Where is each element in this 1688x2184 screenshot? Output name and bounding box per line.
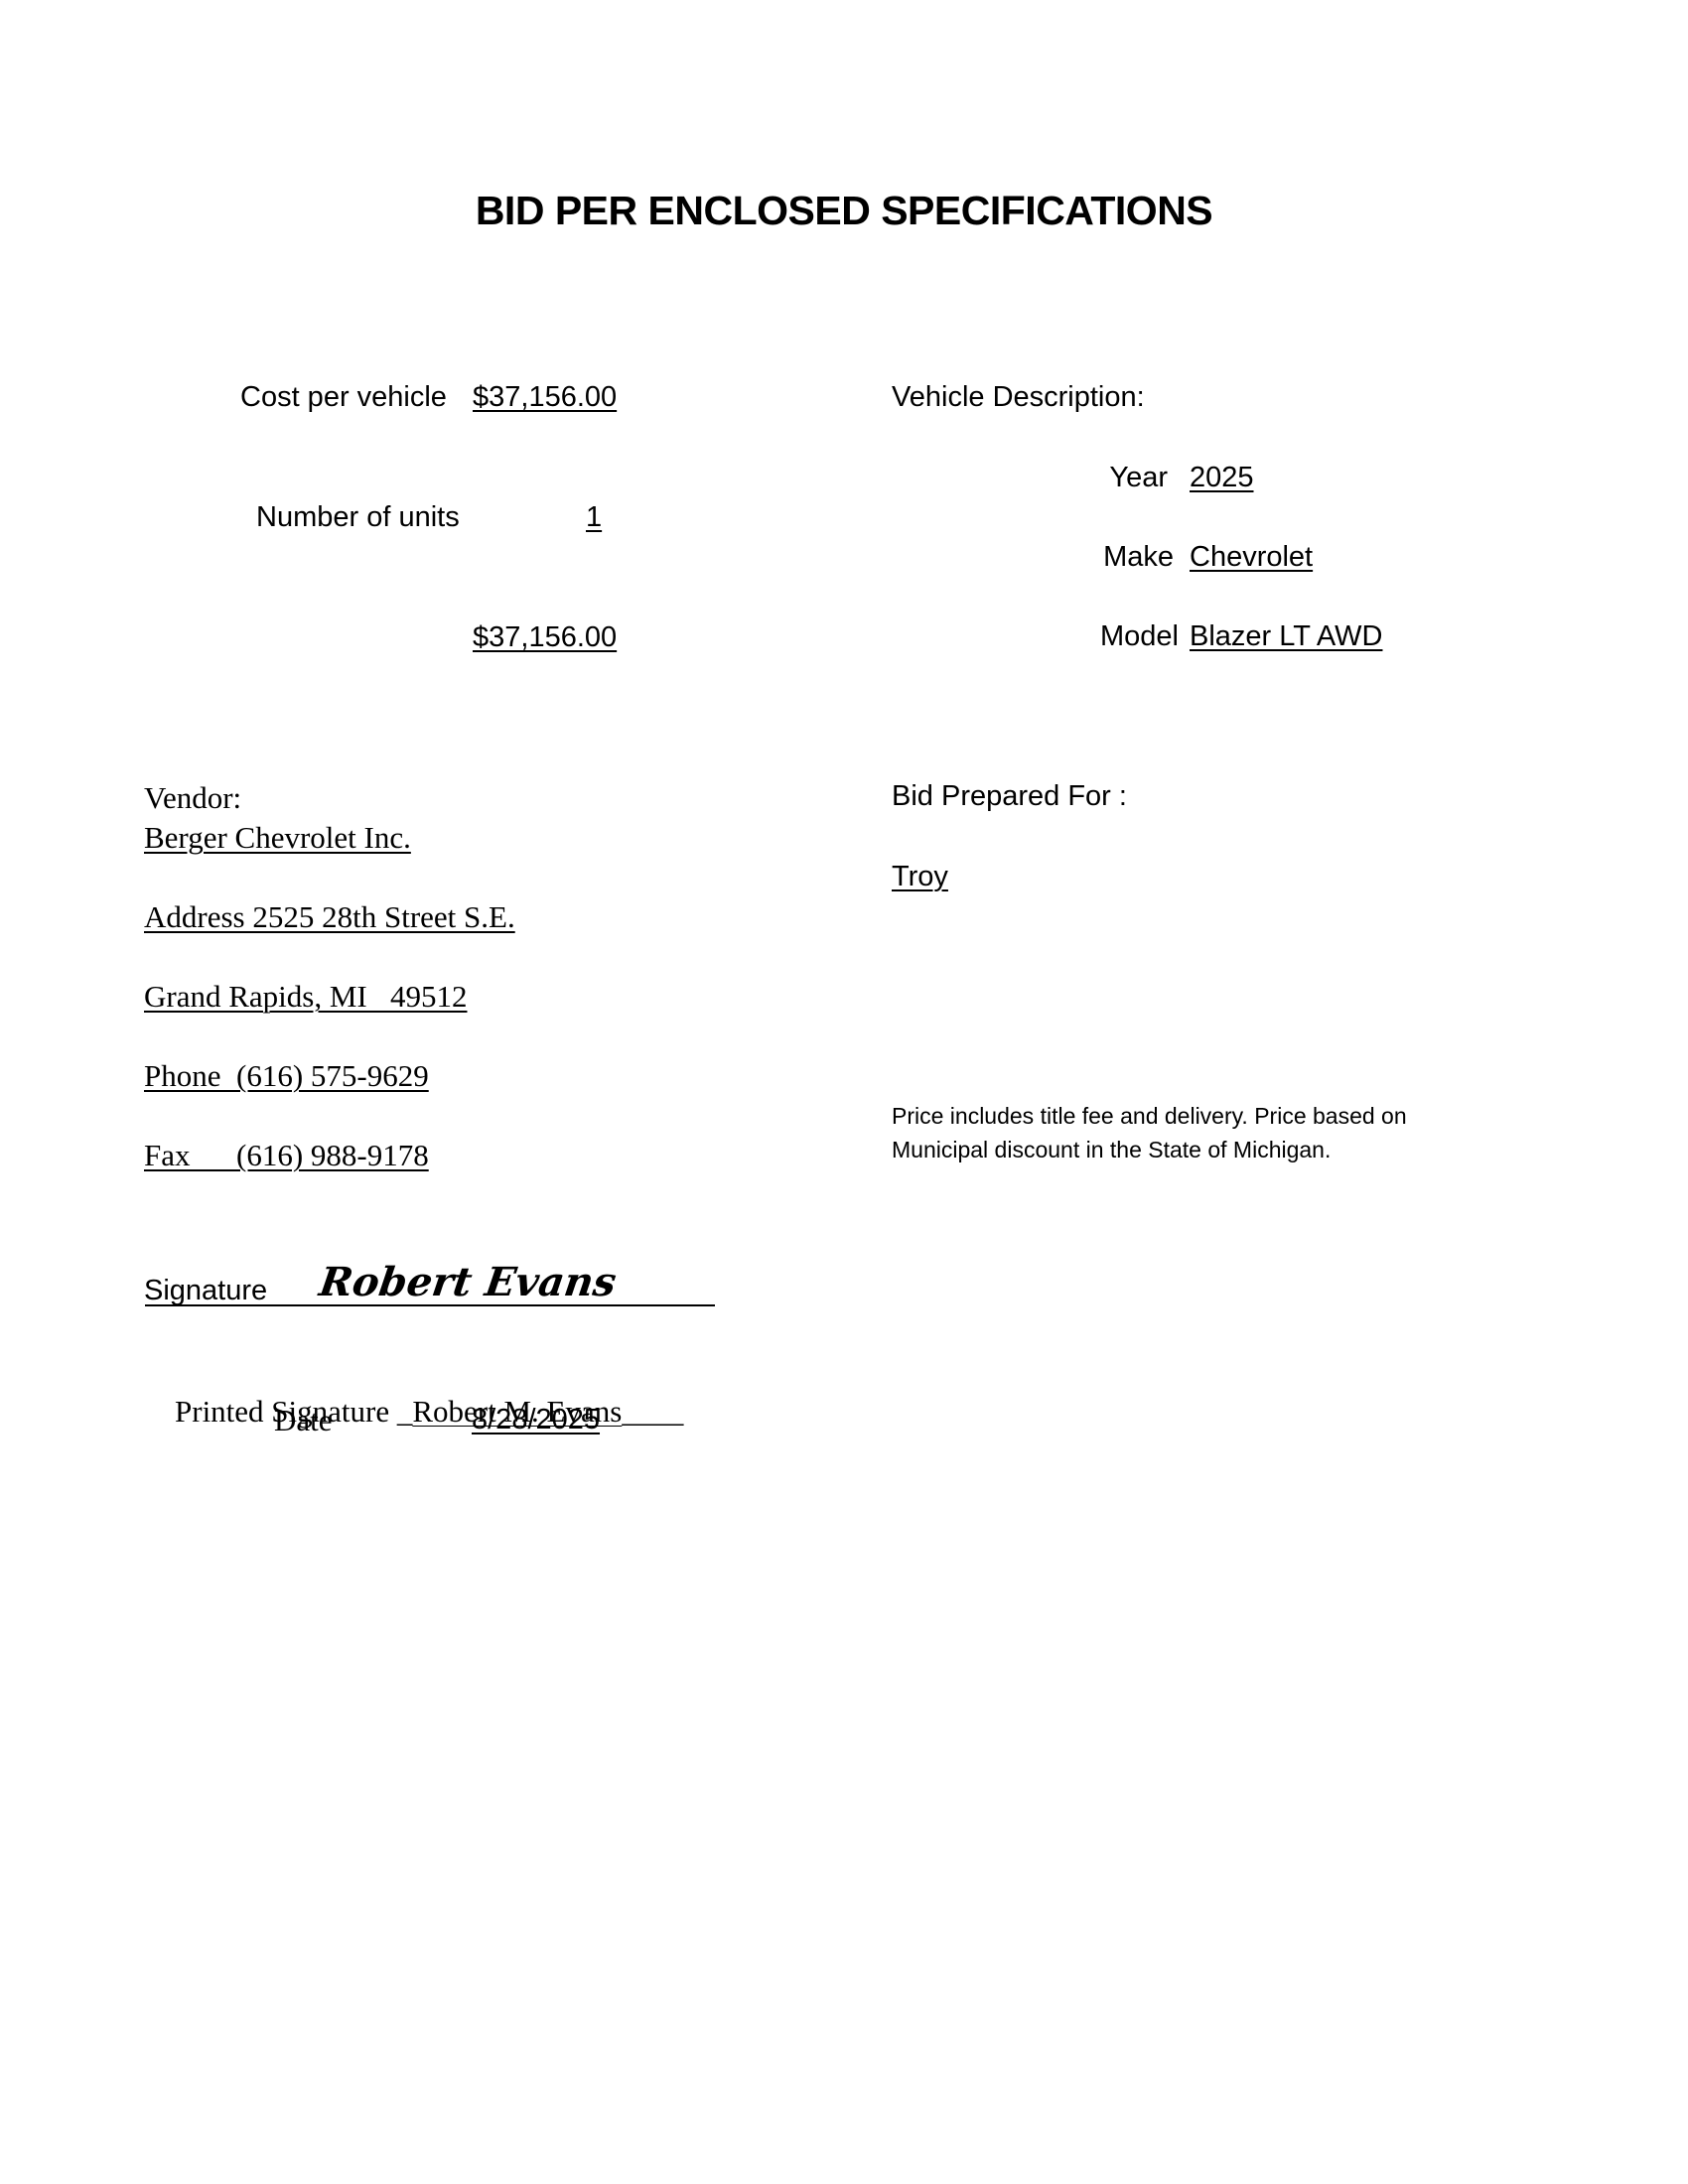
printed-signature-row: Printed Signature _Robert M. Evans____ xyxy=(144,1365,683,1457)
printed-signature-suffix: ____ xyxy=(622,1394,683,1429)
date-value: 8/28/2025 xyxy=(472,1406,600,1434)
vendor-fax: Fax (616) 988-9178 xyxy=(144,1140,429,1170)
total-cost-value: $37,156.00 xyxy=(473,623,617,652)
make-value: Chevrolet xyxy=(1190,543,1313,572)
model-label: Model xyxy=(993,622,1179,651)
date-label: Date xyxy=(274,1405,333,1435)
model-value: Blazer LT AWD xyxy=(1190,622,1382,651)
vendor-phone: Phone (616) 575-9629 xyxy=(144,1060,429,1091)
signature-label: Signature xyxy=(144,1277,267,1305)
vehicle-description-heading: Vehicle Description: xyxy=(892,383,1145,412)
make-label: Make xyxy=(993,543,1174,572)
number-of-units-label: Number of units xyxy=(256,503,460,532)
number-of-units-value: 1 xyxy=(586,503,602,532)
handwritten-signature: Robert Evans xyxy=(317,1263,619,1302)
price-note: Price includes title fee and delivery. P… xyxy=(892,1099,1507,1166)
printed-signature-prefix: _ xyxy=(397,1394,413,1429)
bid-recipient: Troy xyxy=(892,863,948,891)
cost-per-vehicle-value: $37,156.00 xyxy=(473,383,617,412)
vendor-address: Address 2525 28th Street S.E. xyxy=(144,901,515,932)
document-title: BID PER ENCLOSED SPECIFICATIONS xyxy=(0,191,1688,231)
vendor-city-state-zip: Grand Rapids, MI 49512 xyxy=(144,981,467,1012)
vendor-heading: Vendor: xyxy=(144,782,241,813)
cost-per-vehicle-label: Cost per vehicle xyxy=(240,383,447,412)
bid-prepared-for-heading: Bid Prepared For : xyxy=(892,782,1127,811)
signature-line xyxy=(145,1304,715,1306)
year-label: Year xyxy=(993,464,1168,492)
year-value: 2025 xyxy=(1190,464,1254,492)
vendor-name: Berger Chevrolet Inc. xyxy=(144,822,411,853)
